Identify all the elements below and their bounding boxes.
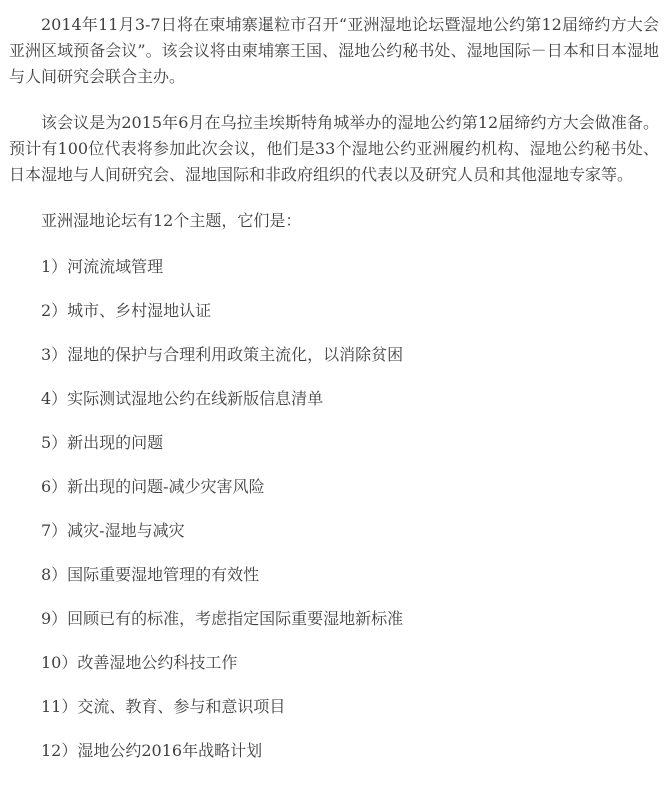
topic-item-3: 3）湿地的保护与合理利用政策主流化，以消除贫困 [9,342,659,368]
topic-item-9: 9）回顾已有的标准，考虑指定国际重要湿地新标准 [9,606,659,632]
topic-item-11: 11）交流、教育、参与和意识项目 [9,694,659,720]
topic-item-1: 1）河流流域管理 [9,254,659,280]
topic-item-5: 5）新出现的问题 [9,430,659,456]
topic-item-2: 2）城市、乡村湿地认证 [9,298,659,324]
topic-item-12: 12）湿地公约2016年战略计划 [9,738,659,764]
paragraph-announcement: 2014年11月3-7日将在柬埔寨暹粒市召开“亚洲湿地论坛暨湿地公约第12届缔约… [9,12,659,90]
paragraph-preparation: 该会议是为2015年6月在乌拉圭埃斯特角城举办的湿地公约第12届缔约方大会做准备… [9,110,659,188]
topic-item-7: 7）减灾-湿地与减灾 [9,518,659,544]
paragraph-topics-intro: 亚洲湿地论坛有12个主题，它们是： [9,208,659,234]
document-page: 2014年11月3-7日将在柬埔寨暹粒市召开“亚洲湿地论坛暨湿地公约第12届缔约… [0,0,669,788]
topic-item-10: 10）改善湿地公约科技工作 [9,650,659,676]
topic-item-4: 4）实际测试湿地公约在线新版信息清单 [9,386,659,412]
topic-item-8: 8）国际重要湿地管理的有效性 [9,562,659,588]
topic-item-6: 6）新出现的问题-减少灾害风险 [9,474,659,500]
